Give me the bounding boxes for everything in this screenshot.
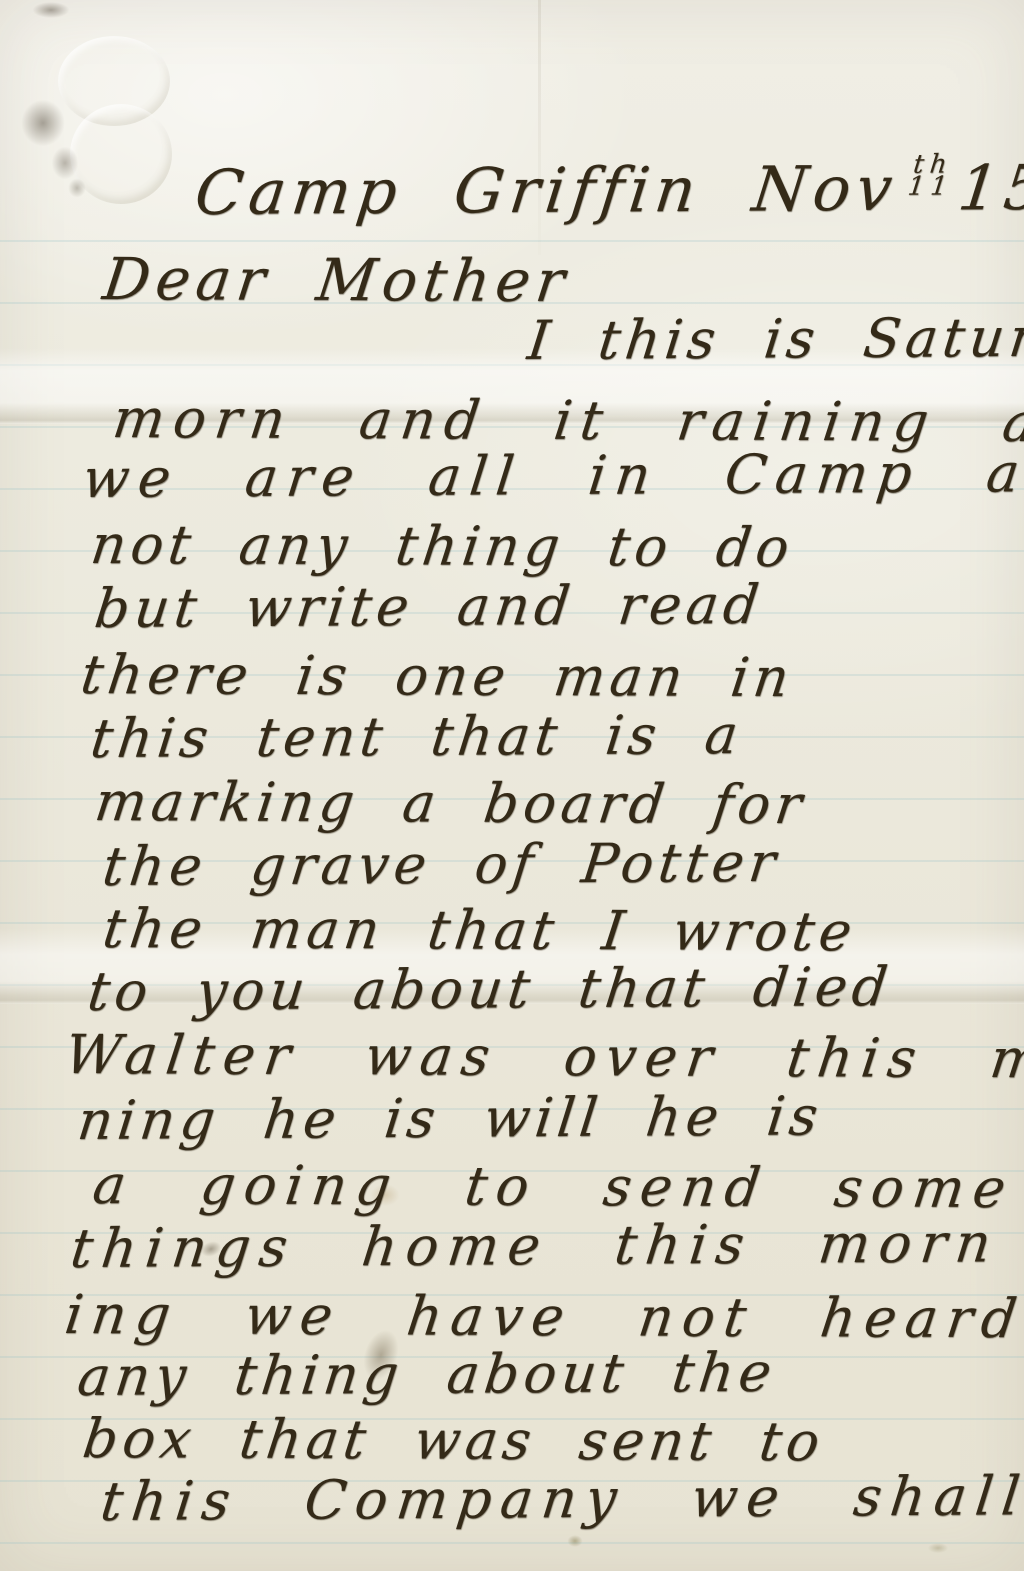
letter-line: Walter was over this mor (62, 1028, 1024, 1087)
stain-spot (566, 1534, 584, 1548)
letter-line: the man that I wrote (100, 902, 860, 959)
letter-line: ning he is will he is (75, 1089, 826, 1148)
dateline: Camp Griffin Novth1115 (192, 157, 1024, 224)
letter-line: any thing about the (75, 1346, 779, 1404)
ink-smudge-corner (28, 0, 74, 20)
letter-line: this Company we shall (98, 1469, 1024, 1529)
letter-line: a going to send some (90, 1158, 1018, 1216)
stain-spot (926, 1542, 950, 1554)
letter-line: this tent that is a (88, 708, 746, 766)
letter-line: not any thing to do (88, 518, 797, 575)
letter-line: things home this morn (68, 1216, 1003, 1276)
letter-line: marking a board for (92, 775, 810, 832)
letter-line: I this is Saturd (525, 311, 1024, 368)
dateline-place-month: Camp Griffin Nov (191, 152, 902, 229)
letter-line: we are all in Camp and (80, 446, 1024, 506)
letter-line: the grave of Potter (100, 836, 783, 894)
letter-line: but write and read (92, 578, 766, 636)
letter-line: to you about that died (85, 960, 895, 1019)
letter-line: ing we have not heard (62, 1288, 1024, 1346)
dateline-year-figure: 15 (955, 151, 1024, 225)
dateline-day-number: 11 (907, 176, 955, 198)
dateline-day-stack: th11 (907, 153, 957, 198)
salutation: Dear Mother (100, 250, 574, 310)
letter-page: Camp Griffin Novth1115 Dear Mother I thi… (0, 0, 1024, 1571)
letter-line: there is one man in (78, 648, 797, 705)
letter-line: box that was sent to (80, 1412, 828, 1469)
ink-smudge (66, 176, 88, 200)
